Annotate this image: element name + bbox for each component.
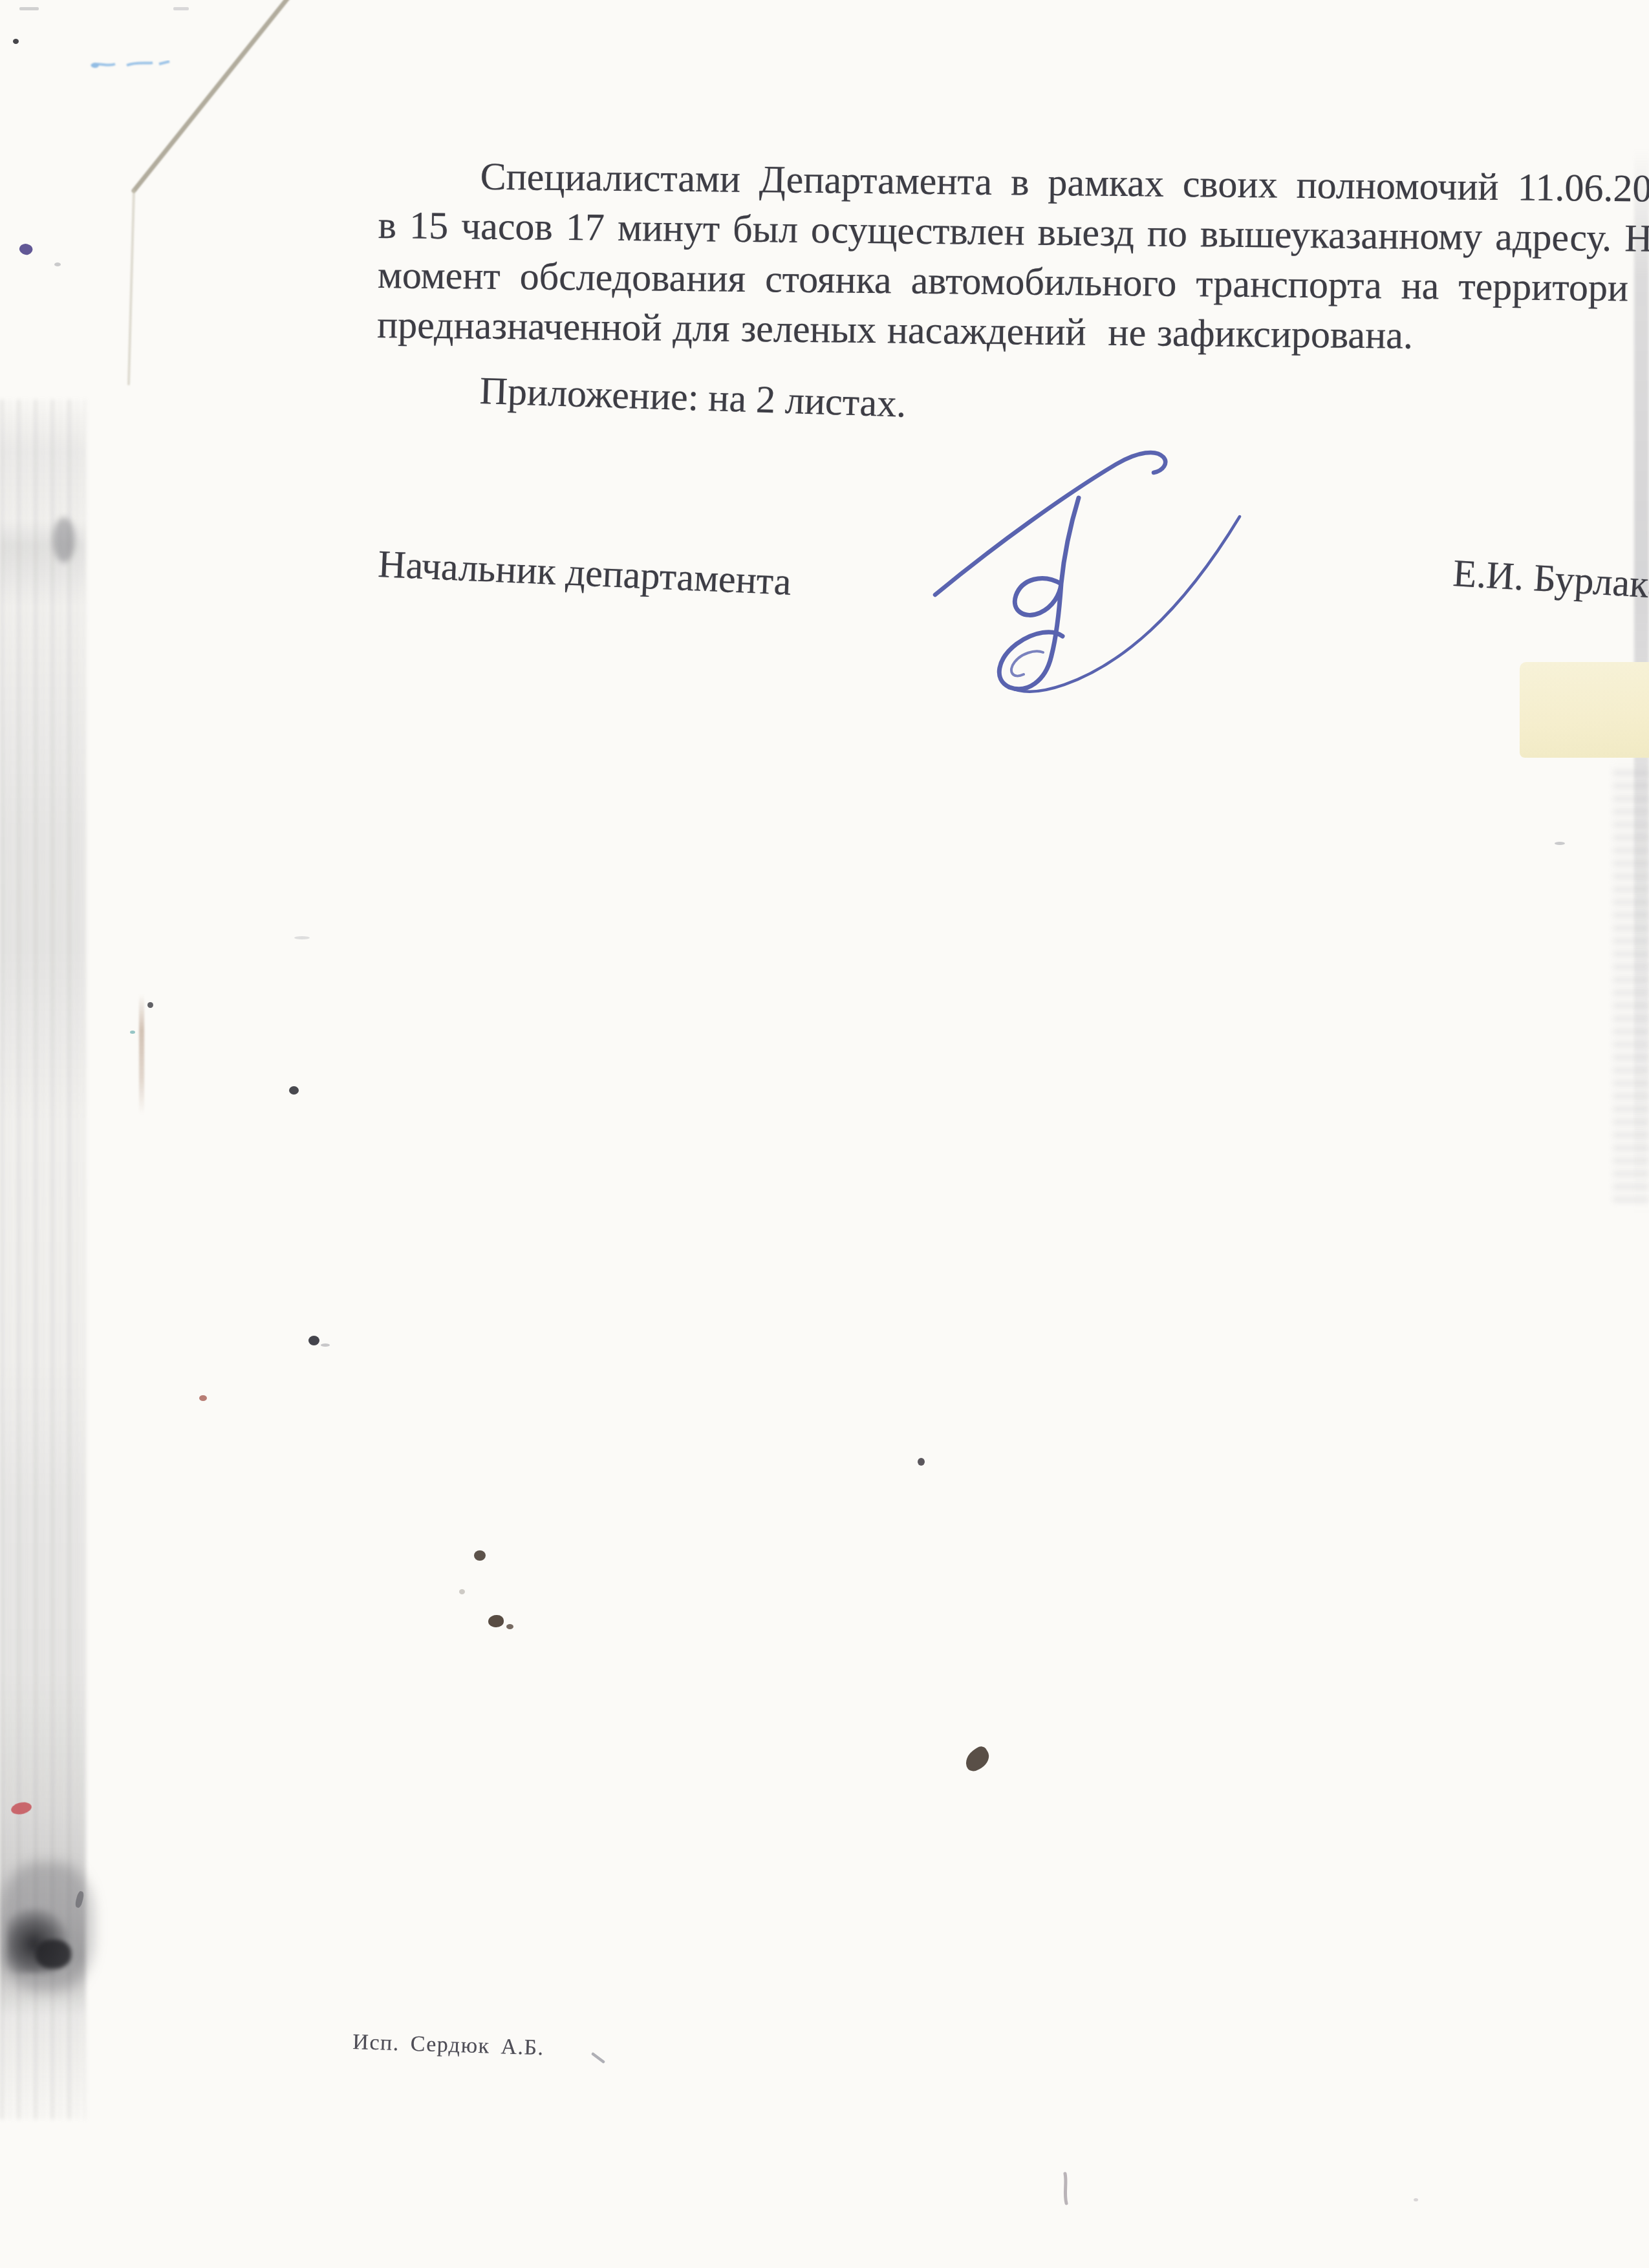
teal-speck <box>130 1031 135 1034</box>
body-paragraph: Специалистами Департамента в рамках свои… <box>377 151 1649 365</box>
signer-name: Е.И. Бурлака <box>1452 551 1649 608</box>
dark-comma-blob <box>961 1744 993 1775</box>
ink-speck <box>506 1624 513 1629</box>
purple-ink-blob <box>17 241 34 257</box>
curved-speck <box>74 1890 85 1909</box>
ink-speck-tail <box>321 1343 330 1347</box>
faint-dash <box>1555 842 1565 845</box>
faint-speck <box>459 1589 465 1594</box>
top-edge-dash <box>173 7 189 10</box>
fold-line-icon <box>129 0 288 384</box>
ink-speck <box>13 39 19 44</box>
bottom-squiggle-mark <box>1065 2174 1066 2203</box>
right-edge-mottle <box>1613 763 1649 1203</box>
smudge-dark-core <box>36 1940 71 1969</box>
smudge-dark-area <box>0 1862 94 1991</box>
smudge-spot <box>53 517 75 562</box>
attachment-note: Приложение: на 2 листах. <box>479 369 907 427</box>
ink-speck <box>918 1458 925 1466</box>
yellow-highlight-patch <box>1520 662 1649 758</box>
ink-speck <box>147 1002 153 1008</box>
blue-pen-scribble <box>91 61 169 68</box>
ink-speck <box>308 1336 319 1345</box>
signature-ink <box>935 453 1240 692</box>
faint-speck <box>1414 2198 1418 2201</box>
ink-speck <box>289 1086 299 1095</box>
ink-speck <box>488 1615 504 1627</box>
faint-dash <box>294 936 310 939</box>
brown-streak-mark <box>139 994 144 1114</box>
red-ink-mark <box>10 1800 33 1817</box>
red-speck <box>199 1395 207 1401</box>
scanner-smudge-band <box>0 400 85 2119</box>
smudge-dark-blob <box>6 1909 68 1973</box>
footer-tick-mark <box>593 2054 603 2062</box>
ink-speck <box>474 1550 486 1561</box>
top-edge-dash <box>19 7 39 10</box>
gray-fleck <box>54 262 61 266</box>
executor-note: Исп. Сердюк А.Б. <box>352 2030 544 2060</box>
scanned-letter-page: Специалистами Департамента в рамках свои… <box>0 0 1649 2268</box>
signer-title: Начальник департамента <box>377 542 792 604</box>
